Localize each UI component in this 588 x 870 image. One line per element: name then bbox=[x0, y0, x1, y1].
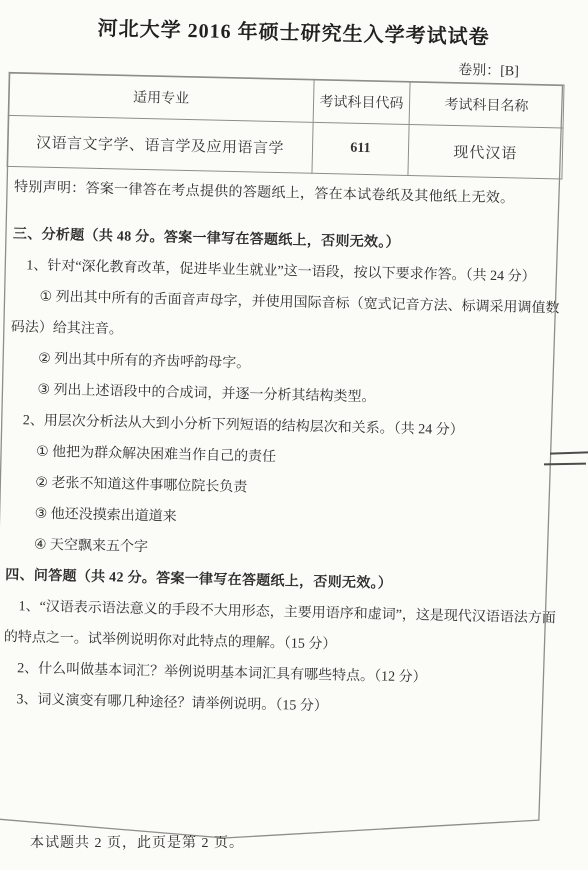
scan-registration-mark bbox=[544, 452, 588, 468]
section-heading-analysis: 三、分析题（共 48 分。答案一律写在答题纸上，否则无效。） bbox=[13, 226, 555, 256]
sub-question-line: ③ 他还没摸索出道道来 bbox=[6, 505, 548, 535]
question-line: 2、用层次分析法从大到小分析下列短语的结构层次和关系。（共 24 分） bbox=[9, 412, 551, 442]
subject-code-value: 611 bbox=[312, 122, 409, 175]
exam-questions: 三、分析题（共 48 分。答案一律写在答题纸上，否则无效。） 1、针对“深化教育… bbox=[0, 202, 562, 721]
continuation-line: 码法）给其注音。 bbox=[11, 319, 553, 349]
applicable-major-value: 汉语言文字学、语言学及应用语言学 bbox=[7, 115, 313, 173]
sub-question-line: ① 他把为群众解决困难当作自己的责任 bbox=[8, 443, 550, 473]
sub-question-line: ① 列出其中所有的舌面音声母字，并使用国际音标（宽式记音方法、标调采用调值数 bbox=[11, 288, 553, 318]
page-count-footer: 本试题共 2 页，此页是第 2 页。 bbox=[30, 832, 244, 852]
question-line: 2、什么叫做基本词汇？举例说明基本词汇具有哪些特点。（12 分） bbox=[3, 660, 545, 690]
question-line: 3、词义演变有哪几种途径？请举例说明。（15 分） bbox=[2, 691, 544, 721]
scanned-exam-page: 河北大学 2016 年硕士研究生入学考试试卷 卷别：[B] 适用专业 考试科目代… bbox=[0, 0, 588, 870]
section-heading-qa: 四、问答题（共 42 分。答案一律写在答题纸上，否则无效。） bbox=[5, 567, 547, 597]
sub-question-line: ④ 天空飘来五个字 bbox=[6, 536, 548, 566]
continuation-line: 的特点之一。试举例说明你对此特点的理解。（15 分） bbox=[4, 629, 546, 659]
sub-question-line: ② 列出其中所有的齐齿呼韵母字。 bbox=[10, 350, 552, 380]
sub-question-line: ③ 列出上述语段中的合成词，并逐一分析其结构类型。 bbox=[9, 381, 551, 411]
subject-code-header: 考试科目代码 bbox=[313, 79, 410, 124]
scan-skew-wrapper: 河北大学 2016 年硕士研究生入学考试试卷 卷别：[B] 适用专业 考试科目代… bbox=[0, 4, 588, 849]
exam-title: 河北大学 2016 年硕士研究生入学考试试卷 bbox=[0, 10, 588, 52]
question-line: 1、“汉语表示语法意义的手段不大用形态，主要用语序和虚词”，这是现代汉语语法方面 bbox=[4, 598, 546, 628]
subject-name-header: 考试科目名称 bbox=[409, 81, 564, 127]
exam-body-box: 适用专业 考试科目代码 考试科目名称 汉语言文字学、语言学及应用语言学 611 … bbox=[0, 72, 565, 848]
question-line: 1、针对“深化教育改革，促进毕业生就业”这一语段，按以下要求作答。（共 24 分… bbox=[12, 257, 554, 287]
applicable-major-header: 适用专业 bbox=[8, 72, 314, 122]
exam-info-table: 适用专业 考试科目代码 考试科目名称 汉语言文字学、语言学及应用语言学 611 … bbox=[7, 72, 565, 180]
subject-name-value: 现代汉语 bbox=[408, 124, 563, 178]
sub-question-line: ② 老张不知道这件事哪位院长负责 bbox=[7, 474, 549, 504]
